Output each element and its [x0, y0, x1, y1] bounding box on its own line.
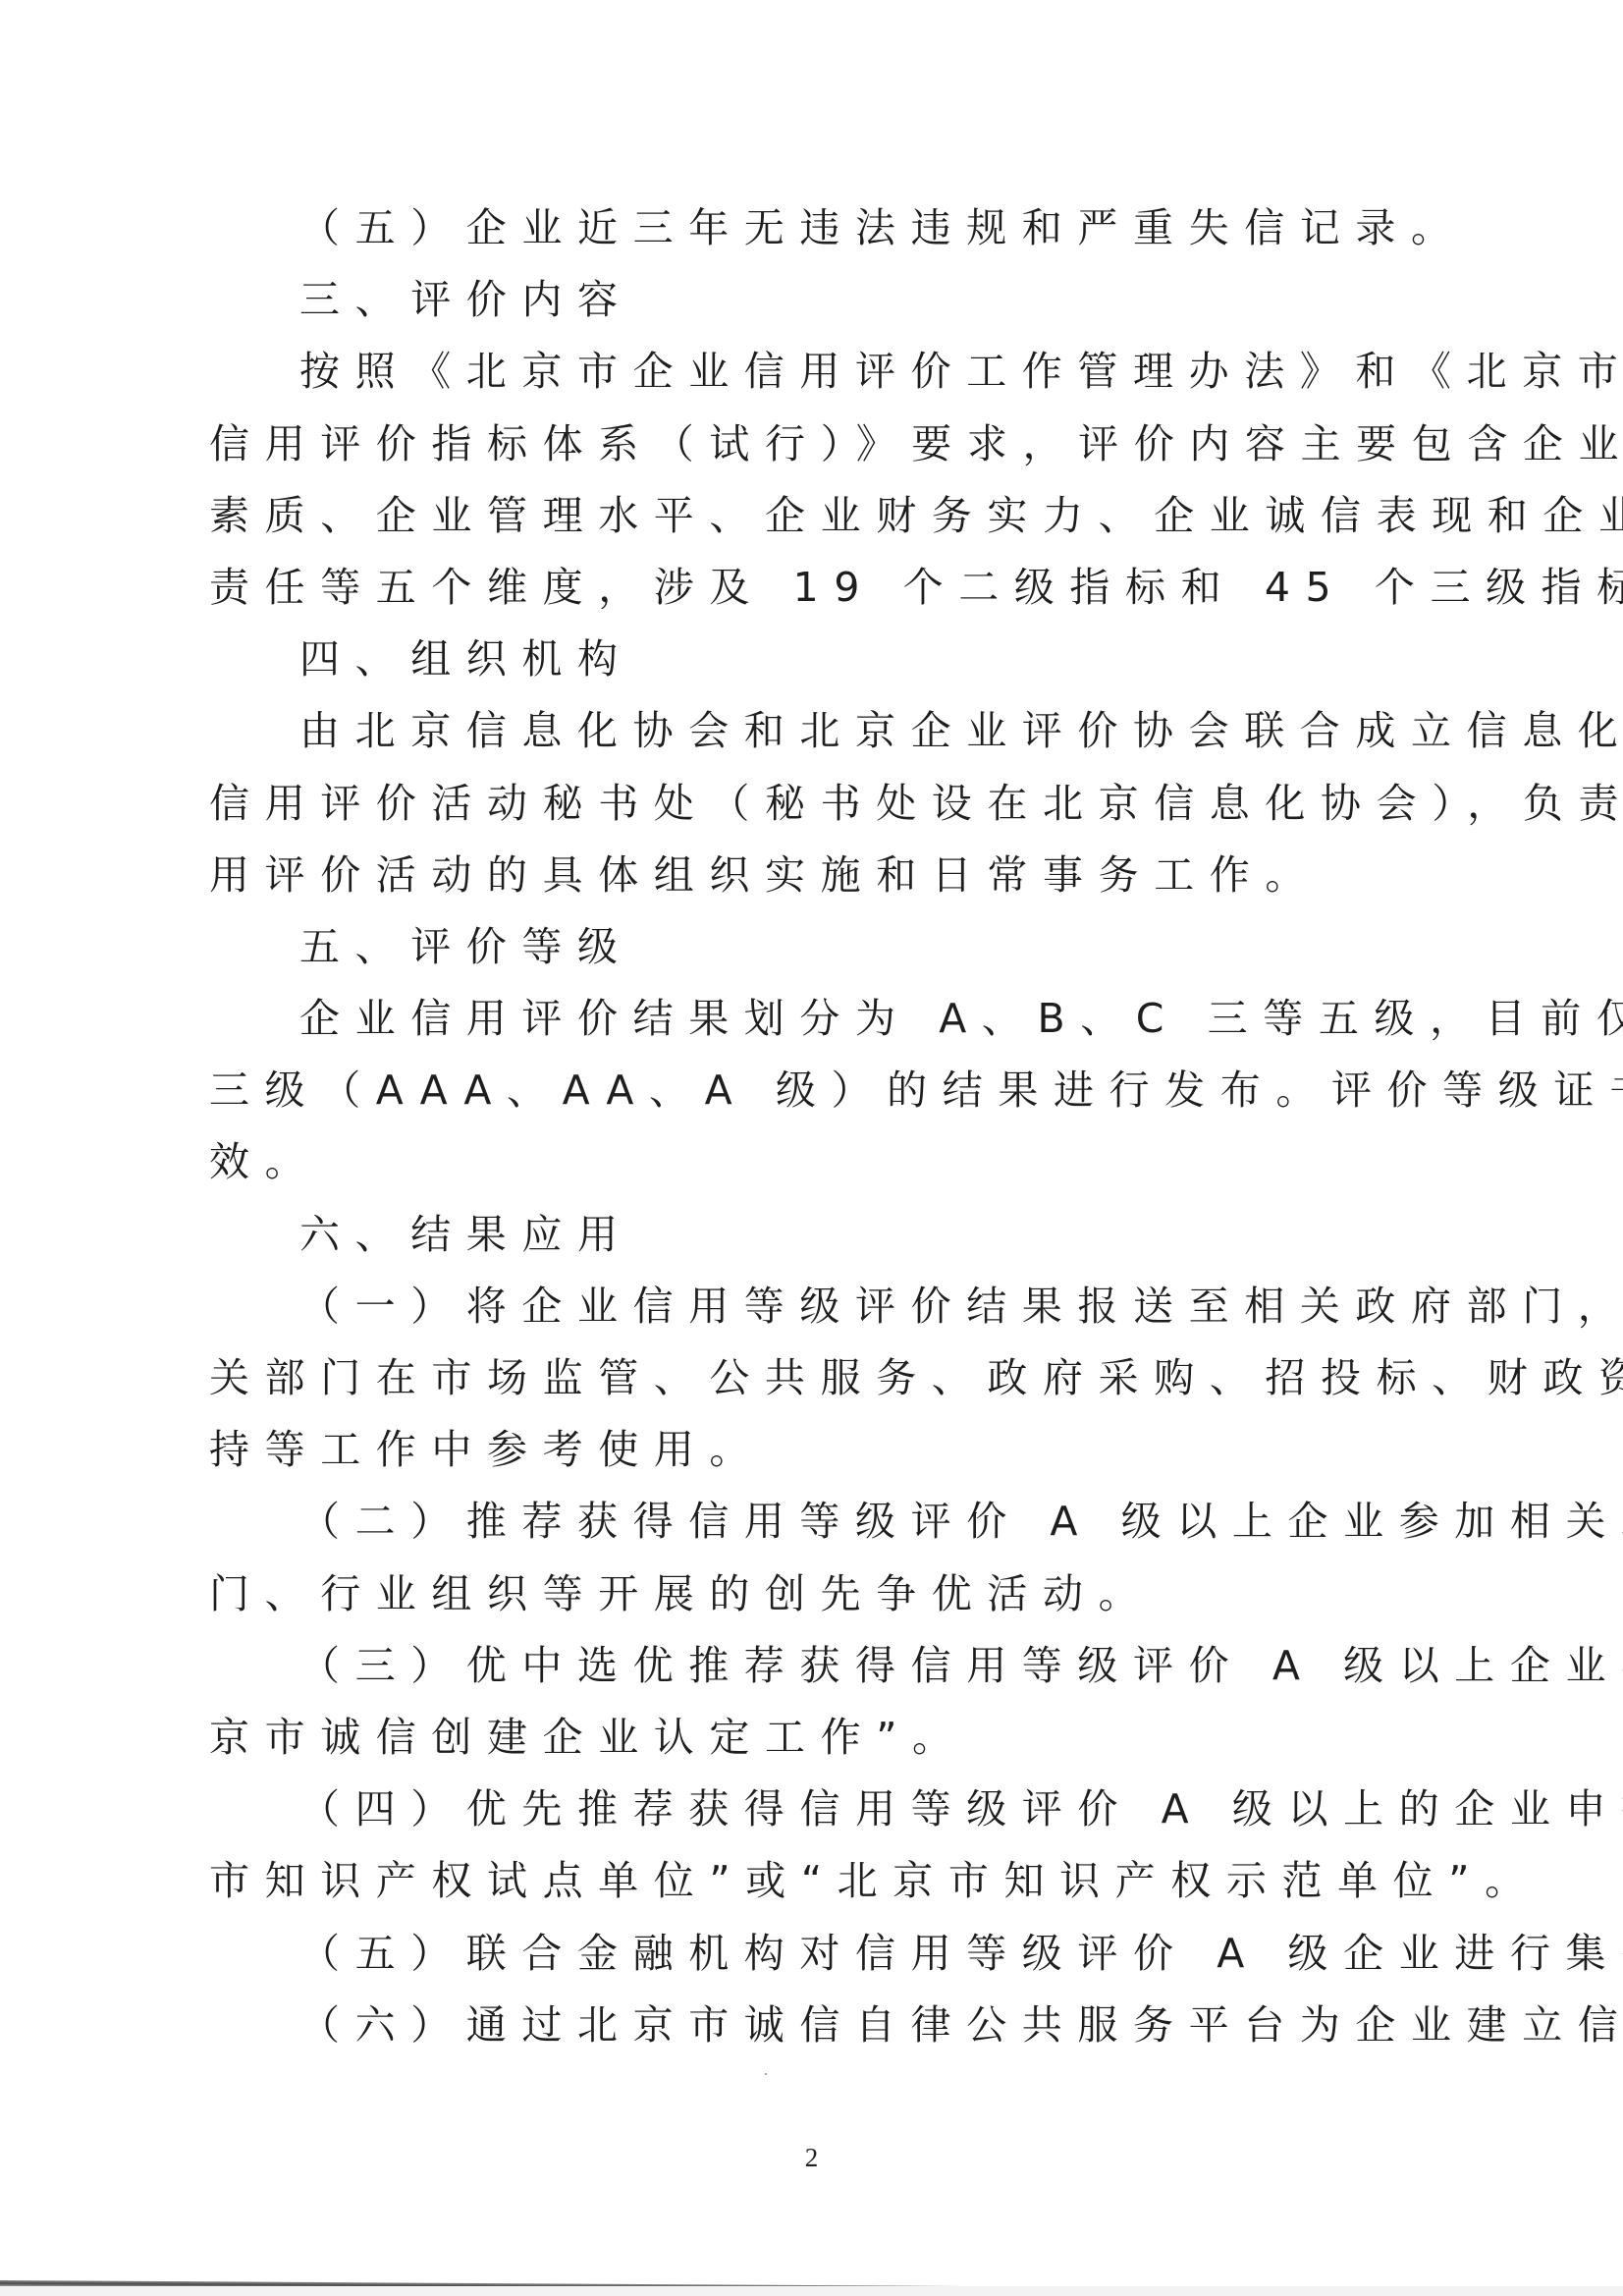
list-item-line: 持等工作中参考使用。	[209, 1414, 1454, 1486]
paragraph-line: 责任等五个维度，涉及 19 个二级指标和 45 个三级指标。	[209, 552, 1454, 624]
paragraph-line: 三级（AAA、AA、A 级）的结果进行发布。评价等级证书三年有	[209, 1055, 1454, 1126]
paragraph-line: 用评价活动的具体组织实施和日常事务工作。	[209, 840, 1454, 911]
list-item-no-violations: （五）企业近三年无违法违规和严重失信记录。	[209, 192, 1454, 264]
document-body: （五）企业近三年无违法违规和严重失信记录。 三、评价内容 按照《北京市企业信用评…	[209, 192, 1454, 2061]
document-page: （五）企业近三年无违法违规和严重失信记录。 三、评价内容 按照《北京市企业信用评…	[0, 0, 1623, 2296]
list-item-line: 京市诚信创建企业认定工作”。	[209, 1702, 1454, 1774]
scan-speck	[765, 2073, 767, 2075]
scan-edge-shadow	[0, 2286, 1623, 2296]
paragraph-line: 效。	[209, 1126, 1454, 1198]
section-heading-result-application: 六、结果应用	[209, 1199, 1454, 1271]
list-item-line: （五）联合金融机构对信用等级评价 A 级企业进行集体授信。	[209, 1918, 1454, 1990]
paragraph-line: 信用评价活动秘书处（秘书处设在北京信息化协会），负责企业信	[209, 768, 1454, 840]
section-heading-organization: 四、组织机构	[209, 624, 1454, 695]
section-heading-evaluation-content: 三、评价内容	[209, 264, 1454, 336]
paragraph-line: 按照《北京市企业信用评价工作管理办法》和《北京市企业	[209, 336, 1454, 408]
list-item-line: （一）将企业信用等级评价结果报送至相关政府部门，供相	[209, 1271, 1454, 1342]
paragraph-line: 企业信用评价结果划分为 A、B、C 三等五级，目前仅对 A 等	[209, 983, 1454, 1055]
list-item-line: 关部门在市场监管、公共服务、政府采购、招投标、财政资金支	[209, 1342, 1454, 1414]
list-item-line: （三）优中选优推荐获得信用等级评价 A 级以上企业参加“北	[209, 1630, 1454, 1702]
list-item-line: 市知识产权试点单位”或“北京市知识产权示范单位”。	[209, 1845, 1454, 1917]
list-item-line: 门、行业组织等开展的创先争优活动。	[209, 1558, 1454, 1630]
list-item-line: （四）优先推荐获得信用等级评价 A 级以上的企业申报“北京	[209, 1774, 1454, 1845]
list-item-line: （六）通过北京市诚信自律公共服务平台为企业建立信用档	[209, 1990, 1454, 2061]
paragraph-line: 素质、企业管理水平、企业财务实力、企业诚信表现和企业社会	[209, 480, 1454, 552]
list-item-line: （二）推荐获得信用等级评价 A 级以上企业参加相关政府部	[209, 1486, 1454, 1558]
page-number: 2	[0, 2143, 1623, 2173]
section-heading-evaluation-grades: 五、评价等级	[209, 911, 1454, 983]
paragraph-line: 由北京信息化协会和北京企业评价协会联合成立信息化领域	[209, 695, 1454, 767]
paragraph-line: 信用评价指标体系（试行）》要求，评价内容主要包含企业综合	[209, 409, 1454, 480]
